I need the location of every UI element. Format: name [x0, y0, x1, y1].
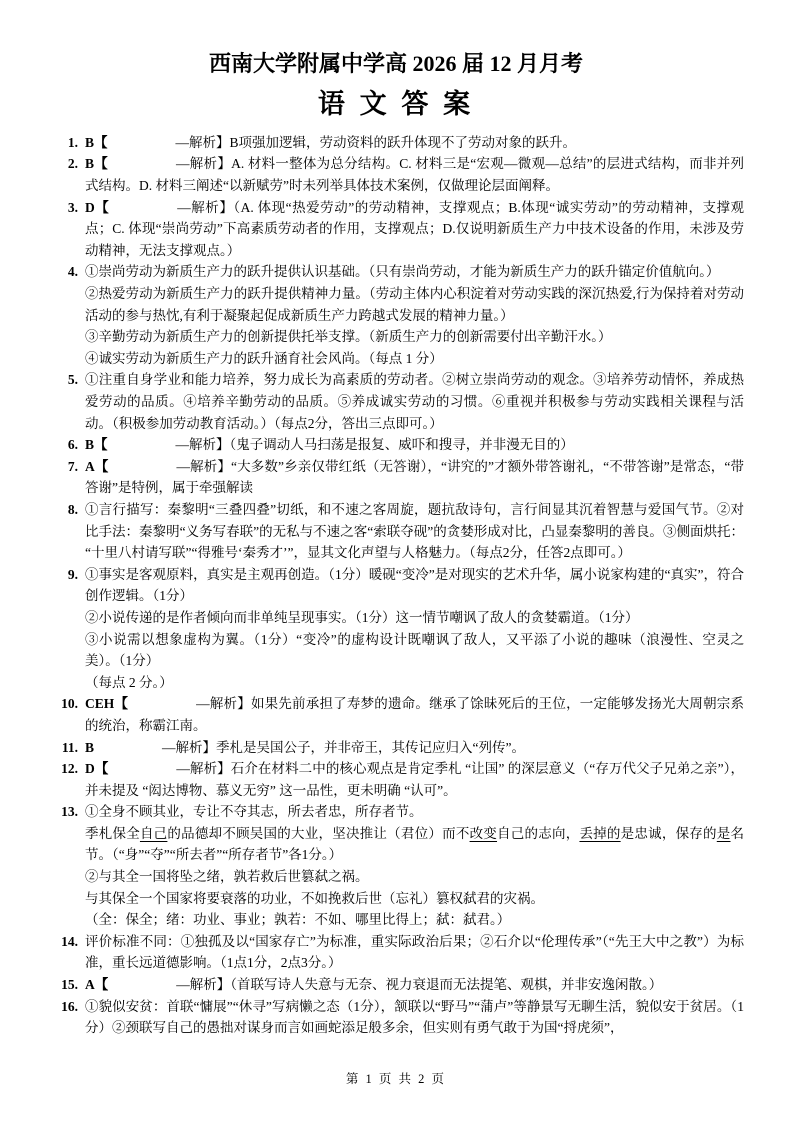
text-segment: —解析】如果先前承担了寿梦的遗命。继承了馀昧死后的王位，一定能够发扬光大周朝宗系… — [85, 696, 744, 733]
document-subtitle: 语 文 答 案 — [48, 88, 744, 120]
item-number: 2. — [48, 153, 78, 175]
text-segment: —解析】（首联写诗人失意与无奈、视力衰退而无法提笔、观棋，并非安逸闲散。） — [176, 977, 662, 992]
text-segment: —解析】季札是吴国公子，并非帝王，其传记应归入“列传”。 — [162, 740, 525, 755]
item-number: 11. — [48, 737, 78, 759]
answer-paragraph: D【—解析】石介在材料二中的核心观点是肯定季札 “让国” 的深层意义（“存万代父… — [85, 758, 744, 801]
answer-list: 1.B【—解析】B项强加逻辑，劳动资料的跃升体现不了劳动对象的跃升。2.B【—解… — [48, 132, 744, 1039]
answer-item: 13.①全身不顾其业，专让不夺其志，所去者忠，所存者节。季札保全自己的品德却不顾… — [48, 801, 744, 931]
answer-paragraph: ②小说传递的是作者倾向而非单纯呈现事实。（1分）这一情节嘲讽了敌人的贪婪霸道。（… — [85, 607, 744, 629]
item-content: D【—解析】（A. 体现“热爱劳动”的劳动精神，支撑观点；B.体现“诚实劳动”的… — [85, 197, 744, 262]
item-number: 4. — [48, 261, 78, 283]
text-segment: 的品德却不顾吴国的大业，坚决推让（君位）而不 — [167, 826, 469, 841]
item-number: 3. — [48, 197, 78, 219]
text-segment: B — [85, 740, 94, 755]
text-segment: —解析】（A. 体现“热爱劳动”的劳动精神，支撑观点；B.体现“诚实劳动”的劳动… — [85, 200, 744, 258]
text-segment: ②与其全一国将坠之绪，孰若救后世篡弑之祸。 — [85, 869, 369, 884]
text-segment: 与其保全一个国家将要衰落的功业，不如挽救后世（忘礼）篡权弑君的灾祸。 — [85, 891, 544, 906]
item-number: 5. — [48, 369, 78, 391]
answer-paragraph: 季札保全自己的品德却不顾吴国的大业，坚决推让（君位）而不改变自己的志向，丢掉的是… — [85, 823, 744, 866]
text-segment: 季札保全 — [85, 826, 140, 841]
answer-paragraph: A【—解析】“大多数”乡亲仅带红纸（无答谢），“讲究的”才额外带答谢礼，“不带答… — [85, 456, 744, 499]
text-segment: CEH【 — [85, 696, 128, 711]
text-segment: 是忠诚，保存的 — [621, 826, 717, 841]
item-content: B【—解析】A. 材料一整体为总分结构。C. 材料三是“宏观—微观—总结”的层进… — [85, 153, 744, 196]
answer-paragraph: D【—解析】（A. 体现“热爱劳动”的劳动精神，支撑观点；B.体现“诚实劳动”的… — [85, 197, 744, 262]
text-segment: 改变 — [470, 826, 497, 841]
answer-paragraph: （全：保全；绪：功业、事业；孰若：不如、哪里比得上；弑：弑君。） — [85, 909, 744, 931]
item-number: 14. — [48, 931, 78, 953]
text-segment: —解析】石介在材料二中的核心观点是肯定季札 “让国” 的深层意义（“存万代父子兄… — [85, 761, 744, 798]
text-segment: ②小说传递的是作者倾向而非单纯呈现事实。（1分）这一情节嘲讽了敌人的贪婪霸道。（… — [85, 610, 639, 625]
answer-paragraph: ①事实是客观原料，真实是主观再创造。（1分）暖砚“变冷”是对现实的艺术升华，属小… — [85, 564, 744, 607]
text-segment: D【 — [85, 200, 109, 215]
answer-paragraph: ③小说需以想象虚构为翼。（1分）“变冷”的虚构设计既嘲讽了敌人，又平添了小说的趣… — [85, 629, 744, 672]
text-segment: 自己 — [140, 826, 167, 841]
answer-item: 10.CEH【—解析】如果先前承担了寿梦的遗命。继承了馀昧死后的王位，一定能够发… — [48, 693, 744, 736]
answer-item: 9.①事实是客观原料，真实是主观再创造。（1分）暖砚“变冷”是对现实的艺术升华，… — [48, 564, 744, 694]
item-number: 9. — [48, 564, 78, 586]
item-content: A【—解析】“大多数”乡亲仅带红纸（无答谢），“讲究的”才额外带答谢礼，“不带答… — [85, 456, 744, 499]
answer-item: 6.B【—解析】（鬼子调动人马扫荡是报复、威吓和搜寻，并非漫无目的） — [48, 434, 744, 456]
answer-item: 15.A【—解析】（首联写诗人失意与无奈、视力衰退而无法提笔、观棋，并非安逸闲散… — [48, 974, 744, 996]
text-segment: ③辛勤劳动为新质生产力的创新提供托举支撑。（新质生产力的创新需要付出辛勤汗水。） — [85, 329, 612, 344]
answer-item: 12.D【—解析】石介在材料二中的核心观点是肯定季札 “让国” 的深层意义（“存… — [48, 758, 744, 801]
text-segment: ④诚实劳动为新质生产力的跃升涵育社会风尚。（每点 1 分） — [85, 351, 443, 366]
text-segment: A【 — [85, 459, 109, 474]
text-segment: D【 — [85, 761, 108, 776]
item-number: 8. — [48, 499, 78, 521]
text-segment: B【 — [85, 156, 108, 171]
item-number: 12. — [48, 758, 78, 780]
answer-item: 7.A【—解析】“大多数”乡亲仅带红纸（无答谢），“讲究的”才额外带答谢礼，“不… — [48, 456, 744, 499]
item-content: B【—解析】（鬼子调动人马扫荡是报复、威吓和搜寻，并非漫无目的） — [85, 434, 744, 456]
text-segment: —解析】“大多数”乡亲仅带红纸（无答谢），“讲究的”才额外带答谢礼，“不带答谢”… — [85, 459, 744, 496]
text-segment: B【 — [85, 437, 108, 452]
item-content: D【—解析】石介在材料二中的核心观点是肯定季札 “让国” 的深层意义（“存万代父… — [85, 758, 744, 801]
answer-item: 1.B【—解析】B项强加逻辑，劳动资料的跃升体现不了劳动对象的跃升。 — [48, 132, 744, 154]
text-segment: 评价标准不同：①独孤及以“国家存亡”为标准，重实际政治后果；②石介以“伦理传承”… — [85, 934, 744, 971]
item-content: ①言行描写：秦黎明“三叠四叠”切纸，和不速之客周旋，题抗敌诗句，言行间显其沉着智… — [85, 499, 744, 564]
item-number: 15. — [48, 974, 78, 996]
text-segment: A【 — [85, 977, 108, 992]
item-content: ①崇尚劳动为新质生产力的跃升提供认识基础。（只有崇尚劳动，才能为新质生产力的跃升… — [85, 261, 744, 369]
answer-paragraph: ①言行描写：秦黎明“三叠四叠”切纸，和不速之客周旋，题抗敌诗句，言行间显其沉着智… — [85, 499, 744, 564]
item-number: 16. — [48, 996, 78, 1018]
answer-item: 16.①貌似安贫：首联“慵展”“休寻”写病懒之态（1分），颔联以“野马”“蒲卢”… — [48, 996, 744, 1039]
page-footer: 第 1 页 共 2 页 — [48, 1069, 744, 1101]
answer-paragraph: B【—解析】（鬼子调动人马扫荡是报复、威吓和搜寻，并非漫无目的） — [85, 434, 744, 456]
answer-paragraph: B—解析】季札是吴国公子，并非帝王，其传记应归入“列传”。 — [85, 737, 744, 759]
answer-paragraph: ①貌似安贫：首联“慵展”“休寻”写病懒之态（1分），颔联以“野马”“蒲卢”等静景… — [85, 996, 744, 1039]
answer-paragraph: ②与其全一国将坠之绪，孰若救后世篡弑之祸。 — [85, 866, 744, 888]
item-content: B【—解析】B项强加逻辑，劳动资料的跃升体现不了劳动对象的跃升。 — [85, 132, 744, 154]
answer-paragraph: B【—解析】A. 材料一整体为总分结构。C. 材料三是“宏观—微观—总结”的层进… — [85, 153, 744, 196]
page-number: 第 1 页 共 2 页 — [346, 1072, 446, 1086]
answer-paragraph: 评价标准不同：①独孤及以“国家存亡”为标准，重实际政治后果；②石介以“伦理传承”… — [85, 931, 744, 974]
answer-paragraph: ①全身不顾其业，专让不夺其志，所去者忠，所存者节。 — [85, 801, 744, 823]
text-segment: ①注重自身学业和能力培养，努力成长为高素质的劳动者。②树立崇尚劳动的观念。③培养… — [85, 372, 744, 430]
document-page: 西南大学附属中学高 2026 届 12 月月考 语 文 答 案 1.B【—解析】… — [0, 0, 794, 1123]
answer-paragraph: ①崇尚劳动为新质生产力的跃升提供认识基础。（只有崇尚劳动，才能为新质生产力的跃升… — [85, 261, 744, 283]
answer-item: 2.B【—解析】A. 材料一整体为总分结构。C. 材料三是“宏观—微观—总结”的… — [48, 153, 744, 196]
answer-paragraph: CEH【—解析】如果先前承担了寿梦的遗命。继承了馀昧死后的王位，一定能够发扬光大… — [85, 693, 744, 736]
text-segment: 丢掉的 — [579, 826, 620, 841]
text-segment: ①全身不顾其业，专让不夺其志，所去者忠，所存者节。 — [85, 804, 423, 819]
answer-paragraph: A【—解析】（首联写诗人失意与无奈、视力衰退而无法提笔、观棋，并非安逸闲散。） — [85, 974, 744, 996]
item-number: 6. — [48, 434, 78, 456]
document-title: 西南大学附属中学高 2026 届 12 月月考 — [48, 50, 744, 78]
answer-paragraph: 与其保全一个国家将要衰落的功业，不如挽救后世（忘礼）篡权弑君的灾祸。 — [85, 888, 744, 910]
item-content: A【—解析】（首联写诗人失意与无奈、视力衰退而无法提笔、观棋，并非安逸闲散。） — [85, 974, 744, 996]
item-content: 评价标准不同：①独孤及以“国家存亡”为标准，重实际政治后果；②石介以“伦理传承”… — [85, 931, 744, 974]
answer-paragraph: ③辛勤劳动为新质生产力的创新提供托举支撑。（新质生产力的创新需要付出辛勤汗水。） — [85, 326, 744, 348]
text-segment: ①事实是客观原料，真实是主观再创造。（1分）暖砚“变冷”是对现实的艺术升华，属小… — [85, 567, 744, 604]
answer-paragraph: ①注重自身学业和能力培养，努力成长为高素质的劳动者。②树立崇尚劳动的观念。③培养… — [85, 369, 744, 434]
item-number: 10. — [48, 693, 78, 715]
item-content: ①全身不顾其业，专让不夺其志，所去者忠，所存者节。季札保全自己的品德却不顾吴国的… — [85, 801, 744, 931]
text-segment: ①言行描写：秦黎明“三叠四叠”切纸，和不速之客周旋，题抗敌诗句，言行间显其沉着智… — [85, 502, 744, 560]
text-segment: ③小说需以想象虚构为翼。（1分）“变冷”的虚构设计既嘲讽了敌人，又平添了小说的趣… — [85, 632, 744, 669]
answer-paragraph: （每点 2 分。） — [85, 672, 744, 694]
answer-item: 3.D【—解析】（A. 体现“热爱劳动”的劳动精神，支撑观点；B.体现“诚实劳动… — [48, 197, 744, 262]
answer-paragraph: ④诚实劳动为新质生产力的跃升涵育社会风尚。（每点 1 分） — [85, 348, 744, 370]
text-segment: （全：保全；绪：功业、事业；孰若：不如、哪里比得上；弑：弑君。） — [85, 912, 510, 927]
text-segment: —解析】A. 材料一整体为总分结构。C. 材料三是“宏观—微观—总结”的层进式结… — [85, 156, 744, 193]
item-content: ①注重自身学业和能力培养，努力成长为高素质的劳动者。②树立崇尚劳动的观念。③培养… — [85, 369, 744, 434]
answer-item: 8.①言行描写：秦黎明“三叠四叠”切纸，和不速之客周旋，题抗敌诗句，言行间显其沉… — [48, 499, 744, 564]
item-content: ①事实是客观原料，真实是主观再创造。（1分）暖砚“变冷”是对现实的艺术升华，属小… — [85, 564, 744, 694]
item-content: ①貌似安贫：首联“慵展”“休寻”写病懒之态（1分），颔联以“野马”“蒲卢”等静景… — [85, 996, 744, 1039]
item-content: CEH【—解析】如果先前承担了寿梦的遗命。继承了馀昧死后的王位，一定能够发扬光大… — [85, 693, 744, 736]
item-content: B—解析】季札是吴国公子，并非帝王，其传记应归入“列传”。 — [85, 737, 744, 759]
item-number: 7. — [48, 456, 78, 478]
text-segment: —解析】（鬼子调动人马扫荡是报复、威吓和搜寻，并非漫无目的） — [176, 437, 574, 452]
text-segment: 是 — [717, 826, 731, 841]
item-number: 1. — [48, 132, 78, 154]
text-segment: ②热爱劳动为新质生产力的跃升提供精神力量。（劳动主体内心积淀着对劳动实践的深沉热… — [85, 286, 744, 323]
answer-item: 5.①注重自身学业和能力培养，努力成长为高素质的劳动者。②树立崇尚劳动的观念。③… — [48, 369, 744, 434]
text-segment: ①貌似安贫：首联“慵展”“休寻”写病懒之态（1分），颔联以“野马”“蒲卢”等静景… — [85, 999, 744, 1036]
item-number: 13. — [48, 801, 78, 823]
text-segment: ①崇尚劳动为新质生产力的跃升提供认识基础。（只有崇尚劳动，才能为新质生产力的跃升… — [85, 264, 720, 279]
answer-item: 4.①崇尚劳动为新质生产力的跃升提供认识基础。（只有崇尚劳动，才能为新质生产力的… — [48, 261, 744, 369]
answer-item: 11.B—解析】季札是吴国公子，并非帝王，其传记应归入“列传”。 — [48, 737, 744, 759]
answer-paragraph: ②热爱劳动为新质生产力的跃升提供精神力量。（劳动主体内心积淀着对劳动实践的深沉热… — [85, 283, 744, 326]
text-segment: —解析】B项强加逻辑，劳动资料的跃升体现不了劳动对象的跃升。 — [176, 135, 577, 150]
answer-paragraph: B【—解析】B项强加逻辑，劳动资料的跃升体现不了劳动对象的跃升。 — [85, 132, 744, 154]
text-segment: 自己的志向， — [497, 826, 579, 841]
text-segment: B【 — [85, 135, 108, 150]
answer-item: 14.评价标准不同：①独孤及以“国家存亡”为标准，重实际政治后果；②石介以“伦理… — [48, 931, 744, 974]
text-segment: （每点 2 分。） — [85, 675, 173, 690]
